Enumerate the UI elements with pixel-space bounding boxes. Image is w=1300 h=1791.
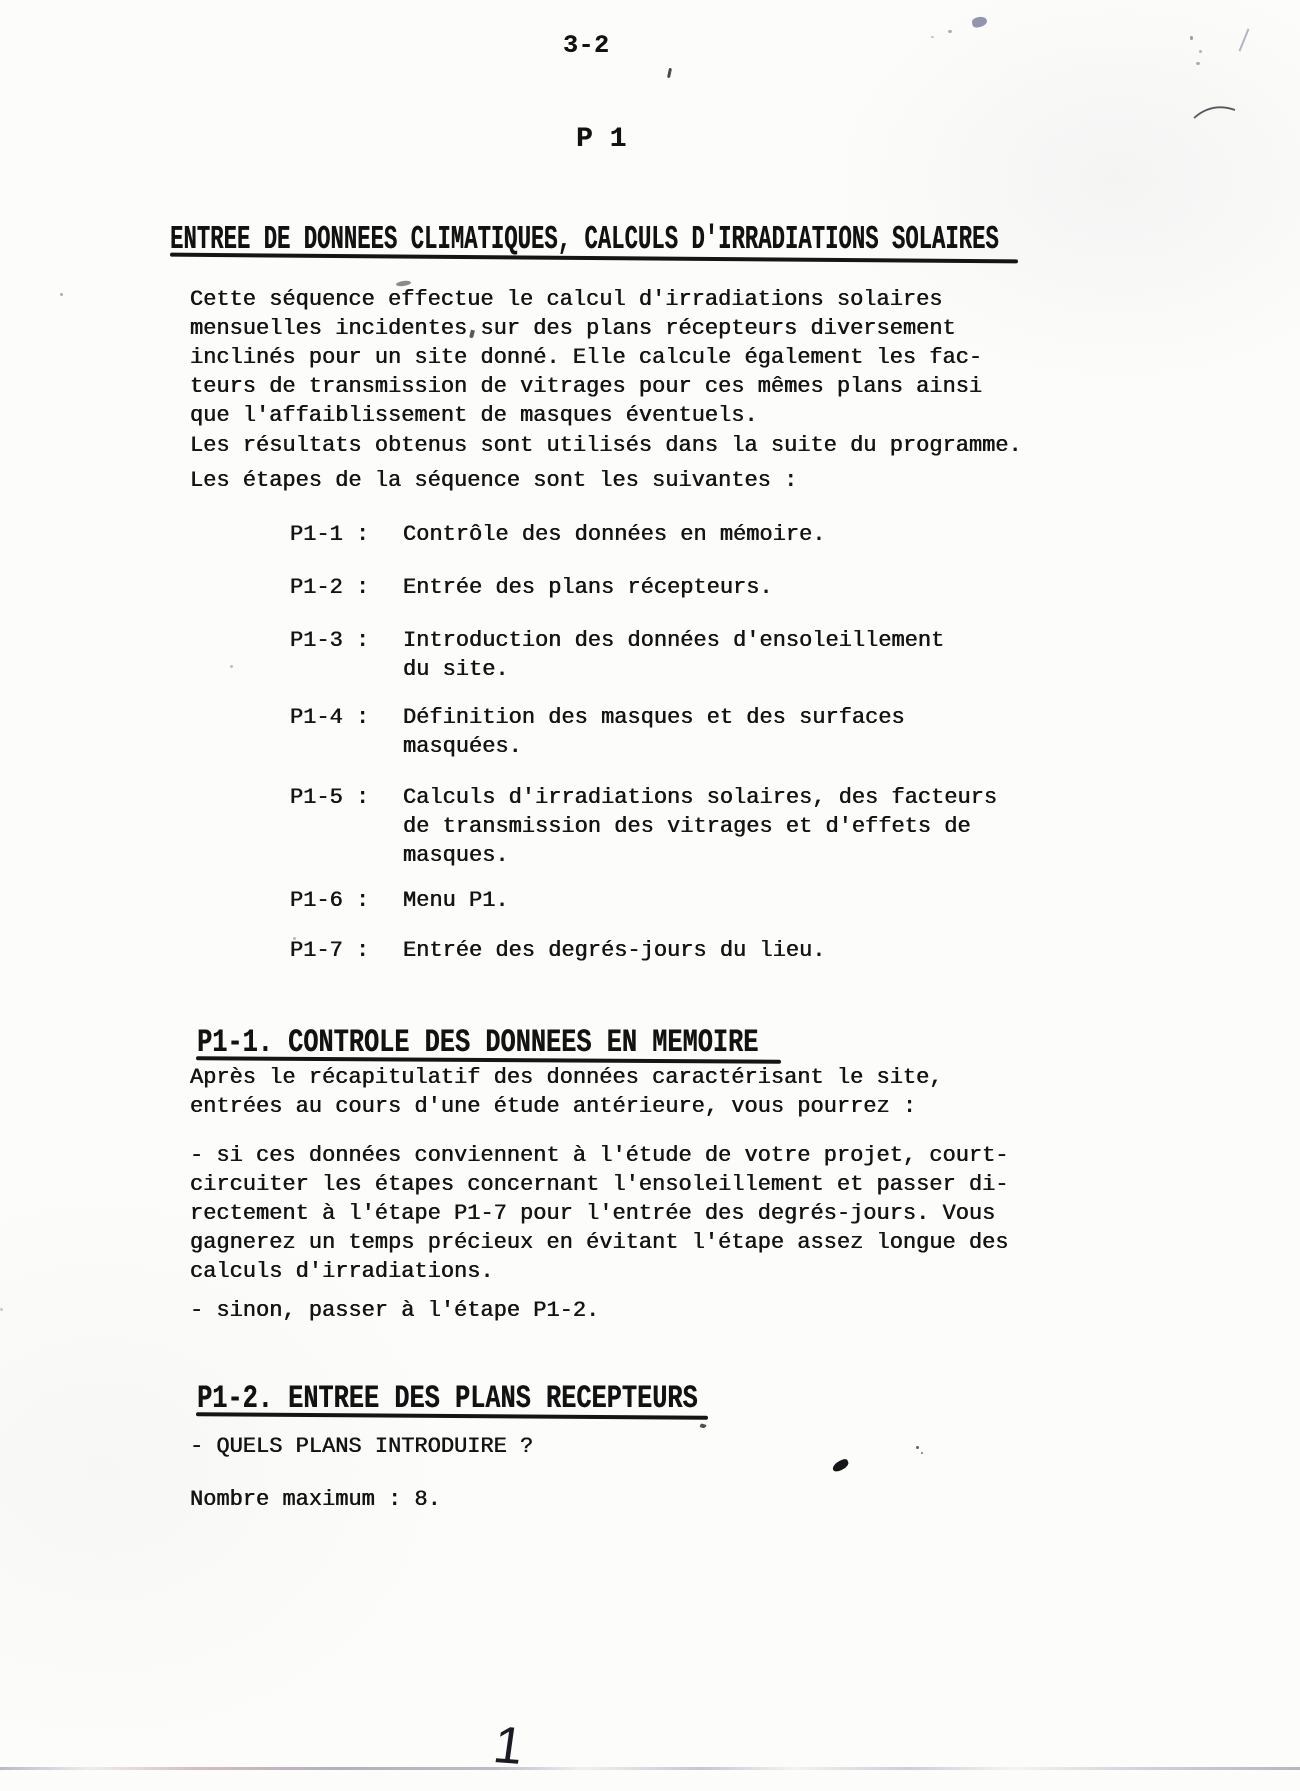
page-folio: 3-2 [563, 31, 610, 60]
handwritten-page-number: 1 [490, 1719, 526, 1773]
step-item-p1-3: P1-3 : Introduction des données d'ensole… [290, 626, 944, 684]
step-label: P1-4 : [290, 703, 403, 761]
text-line: gagnerez un temps précieux en évitant l'… [190, 1228, 1009, 1257]
section-heading-p1-1: P1-1. CONTROLE DES DONNEES EN MEMOIRE [197, 1024, 908, 1058]
steps-intro-paragraph: Les étapes de la séquence sont les suiva… [190, 466, 797, 495]
pen-stroke-arc [1192, 100, 1238, 122]
ink-speck [1199, 50, 1202, 53]
ink-speck [1196, 62, 1200, 65]
scanned-document-page: 3-2 P 1 ENTREE DE DONNEES CLIMATIQUES, C… [0, 0, 1300, 1791]
ink-speck [931, 36, 934, 38]
step-text-line: masques. [403, 841, 997, 870]
text-line: - QUELS PLANS INTRODUIRE ? [190, 1432, 533, 1461]
step-text-line: Calculs d'irradiations solaires, des fac… [403, 783, 997, 812]
p1-2-question-line: - QUELS PLANS INTRODUIRE ? [190, 1432, 533, 1461]
step-text-line: Contrôle des données en mémoire. [403, 520, 825, 549]
intro-paragraph: Cette séquence effectue le calcul d'irra… [190, 285, 982, 430]
step-label: P1-6 : [290, 886, 403, 915]
document-title-text: ENTREE DE DONNEES CLIMATIQUES, CALCULS D… [170, 221, 999, 258]
text-line: entrées au cours d'une étude antérieure,… [190, 1092, 943, 1121]
step-item-p1-5: P1-5 : Calculs d'irradiations solaires, … [290, 783, 997, 870]
text-line: Après le récapitulatif des données carac… [190, 1063, 943, 1092]
step-text-line: de transmission des vitrages et d'effets… [403, 812, 997, 841]
p1-1-paragraph-2: - si ces données conviennent à l'étude d… [190, 1141, 1009, 1286]
step-text-line: Entrée des degrés-jours du lieu. [403, 936, 825, 965]
step-text-line: du site. [403, 655, 944, 684]
text-line: - si ces données conviennent à l'étude d… [190, 1141, 1009, 1170]
text-line: Les étapes de la séquence sont les suiva… [190, 466, 797, 495]
text-line: teurs de transmission de vitrages pour c… [190, 372, 982, 401]
apostrophe-mark [667, 68, 672, 78]
ink-speck [0, 1308, 3, 1311]
step-item-p1-6: P1-6 : Menu P1. [290, 886, 509, 915]
text-line: que l'affaiblissement de masques éventue… [190, 401, 982, 430]
step-text-line: Entrée des plans récepteurs. [403, 573, 773, 602]
corner-pen-tick [1239, 28, 1250, 51]
step-label: P1-3 : [290, 626, 403, 684]
ink-blot-p1-2 [831, 1458, 850, 1474]
sequence-label: P 1 [576, 124, 626, 155]
results-paragraph: Les résultats obtenus sont utilisés dans… [190, 431, 1022, 460]
text-line: rectement à l'étape P1-7 pour l'entrée d… [190, 1199, 1009, 1228]
step-text-line: Menu P1. [403, 886, 509, 915]
text-line: Cette séquence effectue le calcul d'irra… [190, 285, 982, 314]
step-item-p1-2: P1-2 : Entrée des plans récepteurs. [290, 573, 773, 602]
step-label: P1-5 : [290, 783, 403, 870]
tick-under-underline [700, 1423, 707, 1429]
step-item-p1-1: P1-1 : Contrôle des données en mémoire. [290, 520, 825, 549]
step-label: P1-2 : [290, 573, 403, 602]
section-heading-text: P1-2. ENTREE DES PLANS RECEPTEURS [197, 1380, 698, 1417]
step-item-p1-7: P1-7 : Entrée des degrés-jours du lieu. [290, 936, 825, 965]
step-item-p1-4: P1-4 : Définition des masques et des sur… [290, 703, 905, 761]
ink-speck [916, 1446, 919, 1449]
document-title: ENTREE DE DONNEES CLIMATIQUES, CALCULS D… [170, 221, 1300, 255]
section-heading-text: P1-1. CONTROLE DES DONNEES EN MEMOIRE [197, 1024, 758, 1061]
step-label: P1-1 : [290, 520, 403, 549]
text-line: Nombre maximum : 8. [190, 1485, 441, 1514]
text-line: circuiter les étapes concernant l'ensole… [190, 1170, 1009, 1199]
ink-speck [948, 30, 952, 33]
text-line: mensuelles incidentes sur des plans réce… [190, 314, 982, 343]
step-text-line: Définition des masques et des surfaces [403, 703, 905, 732]
section-heading-p1-2: P1-2. ENTREE DES PLANS RECEPTEURS [197, 1380, 831, 1414]
ink-blot-top [971, 15, 988, 28]
text-line: calculs d'irradiations. [190, 1257, 1009, 1286]
text-line: inclinés pour un site donné. Elle calcul… [190, 343, 982, 372]
ink-speck [230, 665, 233, 668]
ink-speck [1190, 36, 1193, 40]
text-line: Les résultats obtenus sont utilisés dans… [190, 431, 1022, 460]
ink-speck [921, 1452, 923, 1454]
p1-1-paragraph-3: - sinon, passer à l'étape P1-2. [190, 1296, 599, 1325]
p1-1-paragraph-1: Après le récapitulatif des données carac… [190, 1063, 943, 1121]
ink-speck [293, 937, 296, 940]
text-line: - sinon, passer à l'étape P1-2. [190, 1296, 599, 1325]
step-text-line: masquées. [403, 732, 905, 761]
bottom-scan-line [0, 1767, 1300, 1770]
ink-speck [60, 293, 63, 296]
step-label: P1-7 : [290, 936, 403, 965]
step-text-line: Introduction des données d'ensoleillemen… [403, 626, 944, 655]
p1-2-note-line: Nombre maximum : 8. [190, 1485, 441, 1514]
